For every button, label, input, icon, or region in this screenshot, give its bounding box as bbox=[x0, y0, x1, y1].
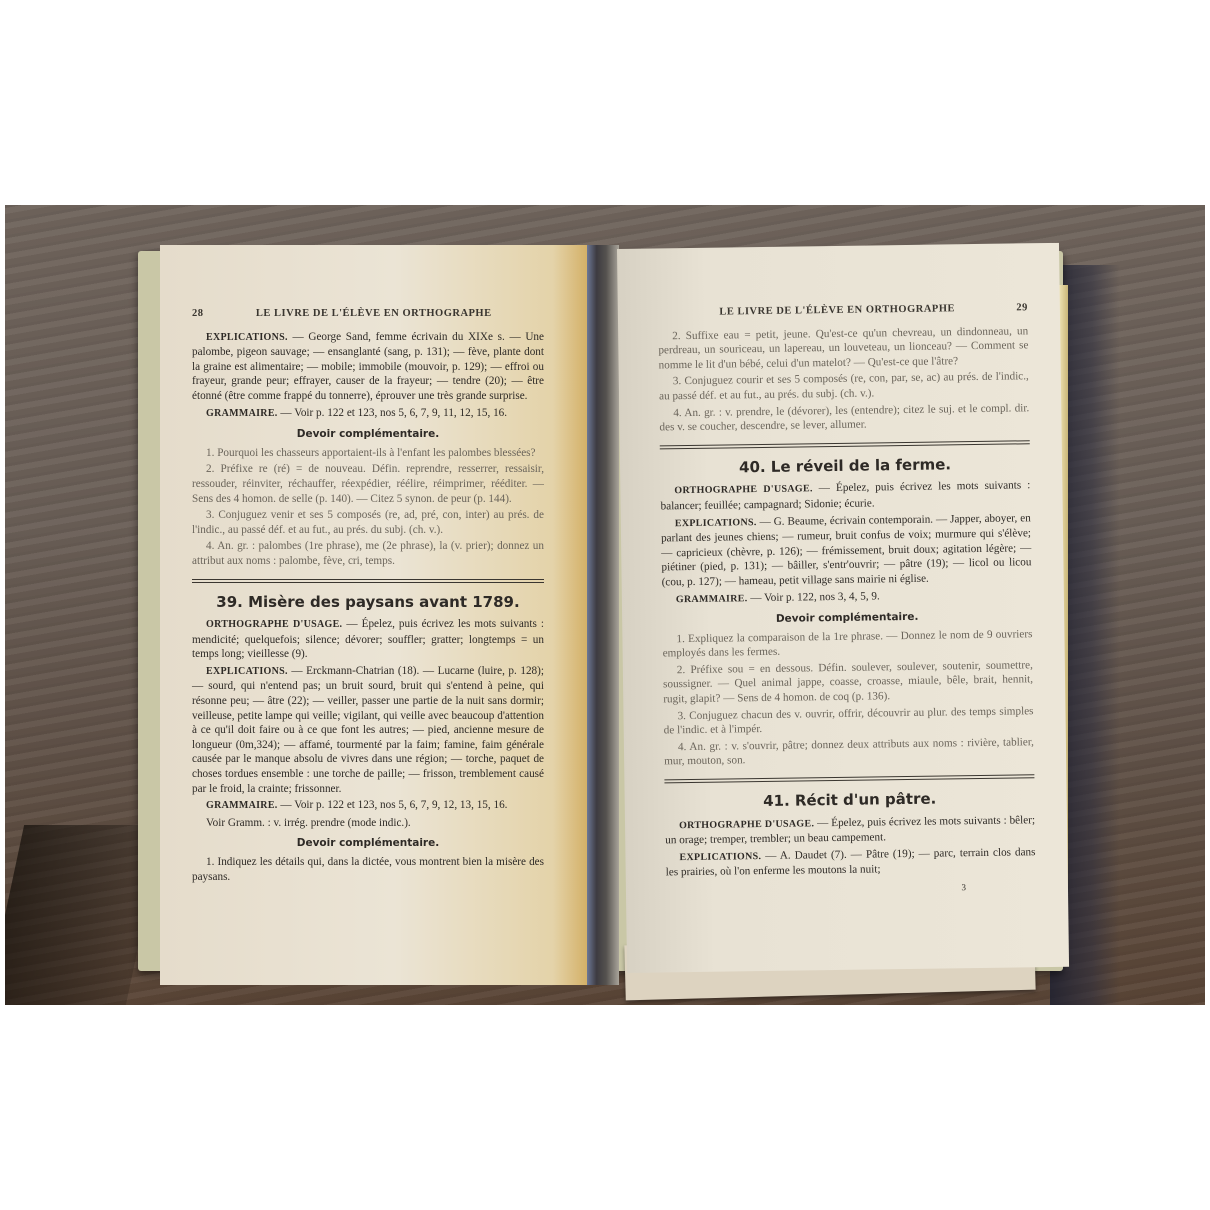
explications-paragraph: EXPLICATIONS. — George Sand, femme écriv… bbox=[192, 330, 544, 404]
divider bbox=[664, 774, 1034, 783]
running-head: LE LIVRE DE L'ÉLÈVE EN ORTHOGRAPHE 29 bbox=[658, 301, 1028, 321]
grammaire-paragraph: GRAMMAIRE. — Voir p. 122 et 123, nos 5, … bbox=[192, 798, 544, 814]
running-head-title: LE LIVRE DE L'ÉLÈVE EN ORTHOGRAPHE bbox=[204, 307, 545, 322]
explications-paragraph: EXPLICATIONS. — Erckmann-Chatrian (18). … bbox=[192, 664, 544, 796]
section-subtitle: Devoir complémentaire. bbox=[192, 836, 544, 851]
orthographe-paragraph: ORTHOGRAPHE D'USAGE. — Épelez, puis écri… bbox=[660, 479, 1030, 514]
exercise-item: 4. An. gr. : v. prendre, le (dévorer), l… bbox=[659, 401, 1029, 435]
exercise-item: 4. An. gr. : v. s'ouvrir, pâtre; donnez … bbox=[664, 735, 1034, 769]
explications-paragraph: EXPLICATIONS. — A. Daudet (7). — Pâtre (… bbox=[665, 845, 1035, 880]
exercise-item: 1. Expliquez la comparaison de la 1re ph… bbox=[662, 627, 1032, 661]
running-head-title: LE LIVRE DE L'ÉLÈVE EN ORTHOGRAPHE bbox=[658, 301, 1017, 321]
signature-mark: 3 bbox=[666, 879, 1036, 899]
page-number: 28 bbox=[192, 307, 204, 322]
lesson-title: 39. Misère des paysans avant 1789. bbox=[192, 595, 544, 610]
exercise-item: 3. Conjuguez chacun des v. ouvrir, offri… bbox=[663, 704, 1033, 738]
section-subtitle: Devoir complémentaire. bbox=[192, 427, 544, 442]
lesson-title: 40. Le réveil de la ferme. bbox=[660, 456, 1030, 476]
section-subtitle: Devoir complémentaire. bbox=[662, 608, 1032, 628]
book-photo: 28 LE LIVRE DE L'ÉLÈVE EN ORTHOGRAPHE EX… bbox=[5, 205, 1205, 1005]
left-page: 28 LE LIVRE DE L'ÉLÈVE EN ORTHOGRAPHE EX… bbox=[160, 245, 587, 985]
orthographe-paragraph: ORTHOGRAPHE D'USAGE. — Épelez, puis écri… bbox=[192, 617, 544, 662]
exercise-item: 2. Suffixe eau = petit, jeune. Qu'est-ce… bbox=[658, 324, 1029, 373]
exercise-item: 2. Préfixe re (ré) = de nouveau. Défin. … bbox=[192, 462, 544, 506]
grammaire-paragraph: GRAMMAIRE. — Voir p. 122, nos 3, 4, 5, 9… bbox=[662, 587, 1032, 608]
page-number: 29 bbox=[1016, 301, 1028, 316]
exercise-item: 1. Indiquez les détails qui, dans la dic… bbox=[192, 855, 544, 884]
exercise-item: 4. An. gr. : palombes (1re phrase), me (… bbox=[192, 539, 544, 568]
grammaire-note: Voir Gramm. : v. irrég. prendre (mode in… bbox=[192, 816, 544, 831]
exercise-item: 2. Préfixe sou = en dessous. Défin. soul… bbox=[663, 658, 1034, 707]
explications-paragraph: EXPLICATIONS. — G. Beaume, écrivain cont… bbox=[661, 511, 1032, 590]
exercise-item: 1. Pourquoi les chasseurs apportaient-il… bbox=[192, 446, 544, 461]
running-head: 28 LE LIVRE DE L'ÉLÈVE EN ORTHOGRAPHE bbox=[192, 307, 544, 322]
orthographe-paragraph: ORTHOGRAPHE D'USAGE. — Épelez, puis écri… bbox=[665, 813, 1035, 848]
divider bbox=[660, 440, 1030, 449]
exercise-item: 3. Conjuguez courir et ses 5 composés (r… bbox=[659, 370, 1029, 404]
book-spine-gutter bbox=[587, 245, 619, 985]
divider bbox=[192, 579, 544, 583]
grammaire-paragraph: GRAMMAIRE. — Voir p. 122 et 123, nos 5, … bbox=[192, 406, 544, 422]
lesson-title: 41. Récit d'un pâtre. bbox=[665, 790, 1035, 810]
right-page: LE LIVRE DE L'ÉLÈVE EN ORTHOGRAPHE 29 2.… bbox=[617, 243, 1069, 973]
exercise-item: 3. Conjuguez venir et ses 5 composés (re… bbox=[192, 508, 544, 537]
